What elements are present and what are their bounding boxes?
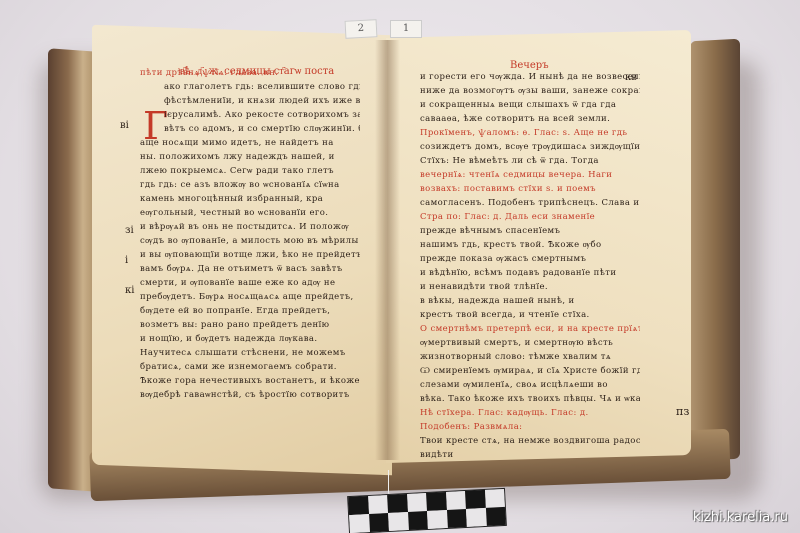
manuscript-line: фѣстѣмлениїи, и кнѧзи людей ихъ иже во bbox=[140, 94, 360, 108]
manuscript-line: жизнотворный слово: тѣмже хвалим тѧ bbox=[420, 350, 640, 364]
scale-segment bbox=[387, 494, 407, 513]
scale-segment bbox=[349, 514, 369, 533]
manuscript-line: крестъ твой всегда, и чтенїе стїха. bbox=[420, 308, 640, 322]
manuscript-line: О смертнѣмъ претерпѣ еси, и на кресте пр… bbox=[420, 322, 640, 336]
manuscript-line: Подобенъ: Развмѧла: bbox=[420, 420, 640, 434]
manuscript-line: и сокращенныѧ вещи слышахъ ѿ гда гда bbox=[420, 98, 640, 112]
book-right-edge bbox=[690, 39, 740, 462]
manuscript-line: ѹмертвивый смертъ, и смертнѹю вѣсть bbox=[420, 336, 640, 350]
manuscript-line: пребѹдетъ. Бѹрѧ носѧщаѧсѧ аще прейдетъ, bbox=[140, 290, 360, 304]
manuscript-line: братисѧ, сами же изнемогаемъ собрати. bbox=[140, 360, 360, 374]
manuscript-line: ны. положихомъ лжу надеждъ нашей, и bbox=[140, 150, 360, 164]
watermark: kizhi.karelia.ru bbox=[693, 510, 788, 525]
manuscript-line: ако глаголетъ гдь: вселившите слово гдне… bbox=[140, 80, 360, 94]
scale-segment bbox=[427, 510, 447, 529]
manuscript-line: сѹдъ во ѹпованїе, а милость мою въ мѣрил… bbox=[140, 234, 360, 248]
manuscript-line: камень многоцѣнный избранный, кра bbox=[140, 192, 360, 206]
scale-segment bbox=[484, 489, 504, 508]
photo-scale-bar bbox=[347, 488, 507, 533]
scale-segment bbox=[348, 496, 368, 515]
manuscript-line: возвахъ: поставимъ стїхи ѕ. и поемъ bbox=[420, 182, 640, 196]
page-tab-left: 2 bbox=[345, 19, 378, 39]
right-lines: и горести его чѹжда. И нынѣ да не возвес… bbox=[420, 70, 640, 462]
manuscript-line: видѣти bbox=[420, 448, 640, 462]
book-gutter bbox=[375, 40, 400, 460]
right-page-text: и горести его чѹжда. И нынѣ да не возвес… bbox=[420, 70, 640, 462]
manuscript-line: Стра по: Глас: д. Даль еси знаменїе bbox=[420, 210, 640, 224]
manuscript-line: в вѣкы, надежда нашей нынѣ, и bbox=[420, 294, 640, 308]
manuscript-line: прежде вѣчнымъ спасенїемъ bbox=[420, 224, 640, 238]
manuscript-line: вѣка. Тако ѣкоже ихъ твоихъ пѣвцы. Чѧ и … bbox=[420, 392, 640, 406]
manuscript-line: ниже да возмогѹтъ ѹзы ваши, занеже сокра… bbox=[420, 84, 640, 98]
scale-segment bbox=[446, 509, 466, 528]
folio-number: пз bbox=[676, 405, 689, 418]
left-rubric: пѣти дрѣвнѧ ѱтїѧ. глава. кн. bbox=[140, 66, 360, 80]
manuscript-line: лжею покрыемсѧ. Сегѡ ради тако глетъ bbox=[140, 164, 360, 178]
scale-segment bbox=[408, 511, 428, 530]
scale-segment bbox=[368, 495, 388, 514]
manuscript-line: нашимъ гдь, крестъ твой. Ѣкоже ѹбо bbox=[420, 238, 640, 252]
scale-segment bbox=[388, 512, 408, 531]
manuscript-line: вѹдебрѣ гаваѡнстѣй, съ ѣростїю сотворитъ bbox=[140, 388, 360, 402]
margin-number: ві bbox=[120, 120, 129, 131]
margin-number: кв bbox=[625, 72, 637, 83]
manuscript-line: вѣтъ со адомъ, и со смертїю слѹжинїи. бѹ… bbox=[140, 122, 360, 136]
scale-segment bbox=[466, 508, 486, 527]
manuscript-line: Нѣ стїхера. Глас: кадѹщь. Глас: д. bbox=[420, 406, 640, 420]
scale-segment bbox=[407, 493, 427, 512]
manuscript-line: и ненавидѣти твой тлѣнїе. bbox=[420, 280, 640, 294]
scale-segment bbox=[485, 507, 505, 526]
scale-segment bbox=[426, 492, 446, 511]
manuscript-line: аще носѧщи мимо идетъ, не найдетъ на bbox=[140, 136, 360, 150]
scale-segment bbox=[465, 490, 485, 509]
manuscript-line: гдь гдь: се азъ вложѹ во ѡснованїѧ сїѡна bbox=[140, 178, 360, 192]
manuscript-line: слезами ѹмиленїѧ, своѧ исцѣлѧеши во bbox=[420, 378, 640, 392]
manuscript-line: и вѣдѣнїю, всѣмъ подавъ радованїе пѣти bbox=[420, 266, 640, 280]
margin-number: зі bbox=[125, 225, 134, 236]
scale-segment bbox=[369, 513, 389, 532]
book-left-edge bbox=[48, 48, 98, 491]
manuscript-line: и вы ѹповающїи вотще лжи, ѣко не прейдет… bbox=[140, 248, 360, 262]
manuscript-line: и вѣрѹѧй въ онь не постыдитсѧ. И положѹ bbox=[140, 220, 360, 234]
manuscript-line: ієрусалимѣ. Ако рекосте сотворихомъ за bbox=[140, 108, 360, 122]
manuscript-line: прежде показа ѹжасъ смертнымъ bbox=[420, 252, 640, 266]
margin-number: кі bbox=[125, 285, 134, 296]
manuscript-line: Прокїменъ, ѱаломъ: ѳ. Глас: ѕ. Аще не гд… bbox=[420, 126, 640, 140]
manuscript-line: смерти, и ѹпованїе ваше еже ко адѹ не bbox=[140, 276, 360, 290]
manuscript-line: возметъ вы: рано рано прейдетъ денїю bbox=[140, 318, 360, 332]
manuscript-line: и горести его чѹжда. И нынѣ да не возвес… bbox=[420, 70, 640, 84]
manuscript-line: савааѳа, ѣже сотворитъ на всей земли. bbox=[420, 112, 640, 126]
manuscript-line: самогласенъ. Подобенъ трипѣснецъ. Слава … bbox=[420, 196, 640, 210]
manuscript-line: бѹдете ей во попранїе. Егда прейдетъ, bbox=[140, 304, 360, 318]
manuscript-line: вечернїѧ: чтенїѧ седмицы вечера. Наги bbox=[420, 168, 640, 182]
manuscript-line: еѹгольный, честный во ѡснованїи его. bbox=[140, 206, 360, 220]
left-page-text: пѣти дрѣвнѧ ѱтїѧ. глава. кн. ако глаголе… bbox=[140, 66, 360, 402]
left-lines: ако глаголетъ гдь: вселившите слово гдне… bbox=[140, 80, 360, 402]
page-tab-right: 1 bbox=[390, 20, 422, 38]
manuscript-line: Стїхъ: Не вѣмеѣтъ ли сѣ ѿ гда. Тогда bbox=[420, 154, 640, 168]
manuscript-line: созиждетъ домъ, всѹе трѹдишасѧ зиждѹщїи. bbox=[420, 140, 640, 154]
manuscript-line: Твои кресте стѧ, на немже воздвигоша рад… bbox=[420, 434, 640, 448]
manuscript-line: вамъ бѹрѧ. Да не отъиметъ ѿ васъ завѣтъ bbox=[140, 262, 360, 276]
manuscript-line: и нощїю, и бѹдетъ надежда лѹкава. bbox=[140, 332, 360, 346]
scale-segment bbox=[446, 491, 466, 510]
manuscript-line: Ѡ смиренїемъ ѹмираѧ, и сїѧ Христе божїй … bbox=[420, 364, 640, 378]
manuscript-line: Научитесѧ слышати стѣснени, не можемъ bbox=[140, 346, 360, 360]
manuscript-line: Ѣкоже гора нечестивыхъ востанетъ, и ѣкож… bbox=[140, 374, 360, 388]
margin-number: і bbox=[125, 255, 128, 266]
